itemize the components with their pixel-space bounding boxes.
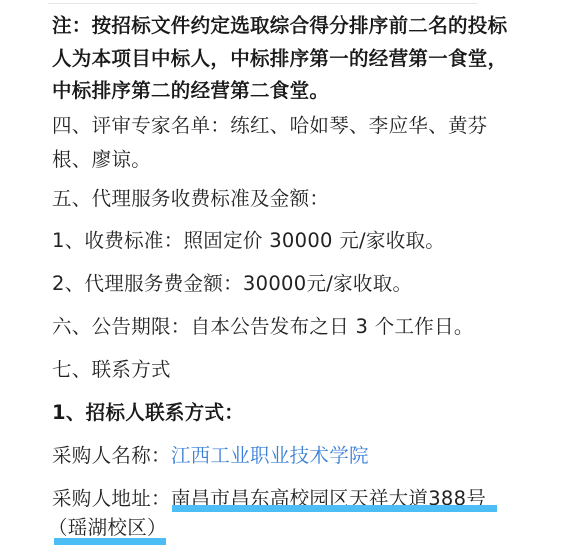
purchaser-name-link[interactable]: 江西工业职业技术学院 bbox=[171, 444, 369, 467]
purchaser-address-label: 采购人地址： bbox=[52, 487, 171, 510]
address-highlight-bar-1 bbox=[172, 505, 497, 512]
top-divider bbox=[48, 0, 478, 4]
contact-section-title: 七、联系方式 bbox=[52, 354, 522, 382]
note-line-3: 中标排序第二的经营第二食堂。 bbox=[52, 75, 522, 103]
fee-amount: 2、代理服务费金额：30000元/家收取。 bbox=[52, 268, 522, 296]
purchaser-name-row: 采购人名称：江西工业职业技术学院 bbox=[52, 440, 522, 468]
experts-line-1: 四、评审专家名单：练红、哈如琴、李应华、黄芬 bbox=[52, 110, 522, 138]
purchaser-address-line2: （瑶湖校区） bbox=[48, 512, 518, 540]
address-highlight-bar-2 bbox=[54, 538, 166, 545]
tenderer-contact-title: 1、招标人联系方式： bbox=[52, 397, 522, 425]
note-line-1: 注：按招标文件约定选取综合得分排序前二名的投标 bbox=[52, 10, 522, 38]
note-line-2: 人为本项目中标人，中标排序第一的经营第一食堂， bbox=[52, 43, 522, 71]
notice-period: 六、公告期限：自本公告发布之日 3 个工作日。 bbox=[52, 311, 522, 339]
experts-line-2: 根、廖谅。 bbox=[52, 144, 522, 172]
fee-section-title: 五、代理服务收费标准及金额： bbox=[52, 183, 522, 211]
fee-standard: 1、收费标准：照固定价 30000 元/家收取。 bbox=[52, 225, 522, 253]
purchaser-name-label: 采购人名称： bbox=[52, 444, 171, 467]
